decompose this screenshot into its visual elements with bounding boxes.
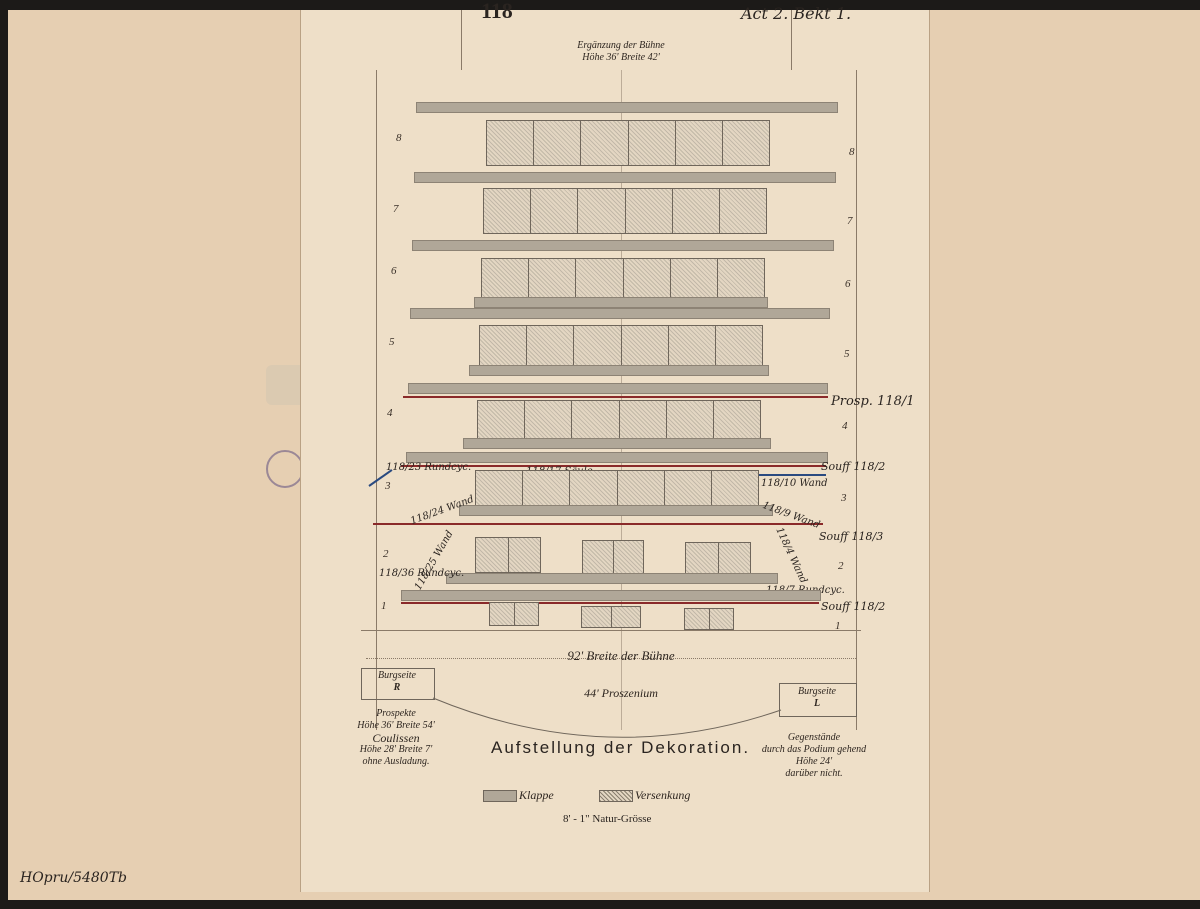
row-number: 6: [845, 278, 851, 290]
klappe-bar: [410, 308, 830, 319]
row-number: 5: [844, 348, 850, 360]
klappe-bar: [463, 438, 771, 449]
annotation-wand-4: 118/4 Wand: [773, 526, 808, 585]
burgseite-l-side: L: [779, 698, 855, 710]
klappe-bar: [414, 172, 836, 183]
signature: HOpru/5480Tb: [20, 870, 127, 886]
scale-label: 8' - 1" Natur-Grösse: [563, 813, 651, 825]
klappe-bar: [459, 505, 773, 516]
burgseite-l-label: Burgseite: [779, 686, 855, 698]
row-number: 6: [391, 265, 397, 277]
note-line: Prospekte: [341, 708, 451, 720]
burgseite-r: Burgseite R: [361, 670, 433, 694]
extension-label: Ergänzung der Bühne Höhe 36' Breite 42': [561, 40, 681, 64]
annotation-prosp: Prosp. 118/1: [831, 394, 915, 409]
row-number: 4: [842, 420, 848, 432]
klappe-bar: [474, 297, 768, 308]
legend-klappe-swatch: [483, 790, 517, 802]
extension-line2: Höhe 36' Breite 42': [561, 52, 681, 64]
versenkung-block: [475, 537, 541, 573]
act-note: Act 2. Bekt 1.: [741, 4, 851, 23]
burgseite-l: Burgseite L: [779, 686, 855, 710]
row-number: 3: [841, 492, 847, 504]
versenkung-block: [489, 602, 539, 626]
note-line: Gegenstände: [749, 732, 879, 744]
row-number: 7: [393, 203, 399, 215]
soffit-line: [401, 602, 819, 604]
legend-versenkung-swatch: [599, 790, 633, 802]
annotation-r-23: 118/23 Rundcyc.: [386, 462, 471, 473]
stage-plan-sheet: 118 Act 2. Bekt 1. Ergänzung der Bühne H…: [300, 10, 930, 892]
stage-left-border: [376, 70, 377, 730]
extension-line1: Ergänzung der Bühne: [561, 40, 681, 52]
row-number: 8: [849, 146, 855, 158]
note-line: Höhe 24': [749, 756, 879, 768]
annotation-souf-3: Souff 118/3: [819, 530, 883, 543]
versenkung-block: [685, 542, 751, 576]
klappe-bar: [446, 573, 778, 584]
annotation-souf-2b: Souff 118/2: [821, 600, 885, 613]
row-number: 7: [847, 215, 853, 227]
versenkung-block: [486, 120, 770, 166]
right-notes: Gegenstände durch das Podium gehend Höhe…: [749, 732, 879, 780]
row-number: 1: [381, 600, 387, 612]
soffit-line: [373, 523, 823, 525]
note-line: Coulissen: [341, 732, 451, 744]
stage-width-label: 92' Breite der Bühne: [501, 648, 741, 664]
burgseite-r-side: R: [361, 682, 433, 694]
left-notes: Prospekte Höhe 36' Breite 54' Coulissen …: [341, 708, 451, 768]
versenkung-block: [581, 606, 641, 628]
row-number: 3: [385, 480, 391, 492]
versenkung-block: [483, 188, 767, 234]
library-stamp: [266, 450, 304, 488]
row-number: 2: [383, 548, 389, 560]
note-line: ohne Ausladung.: [341, 756, 451, 768]
proscenium-arc: [431, 690, 783, 740]
annotation-wand-10: 118/10 Wand: [761, 478, 828, 489]
stage-front-line: [361, 630, 861, 631]
extension-border: [791, 10, 792, 70]
plan-title: Aufstellung der Dekoration.: [491, 738, 750, 758]
note-line: Höhe 28' Breite 7': [341, 744, 451, 756]
burgseite-r-label: Burgseite: [361, 670, 433, 682]
versenkung-block: [582, 540, 644, 574]
note-line: darüber nicht.: [749, 768, 879, 780]
annotation-souf-2: Souff 118/2: [821, 460, 885, 473]
versenkung-block: [684, 608, 734, 630]
legend-klappe-label: Klappe: [519, 788, 554, 803]
klappe-bar: [401, 590, 821, 601]
klappe-bar: [416, 102, 838, 113]
row-number: 2: [838, 560, 844, 572]
page-number: 118: [481, 0, 513, 24]
klappe-bar: [412, 240, 834, 251]
annotation-r-36: 118/36 Rundcyc.: [379, 568, 464, 579]
legend-versenkung-label: Versenkung: [635, 788, 690, 803]
klappe-bar: [469, 365, 769, 376]
note-line: durch das Podium gehend: [749, 744, 879, 756]
row-number: 4: [387, 407, 393, 419]
row-number: 8: [396, 132, 402, 144]
extension-border: [461, 10, 462, 70]
prospect-line: [403, 396, 828, 398]
klappe-bar: [408, 383, 828, 394]
row-number: 5: [389, 336, 395, 348]
